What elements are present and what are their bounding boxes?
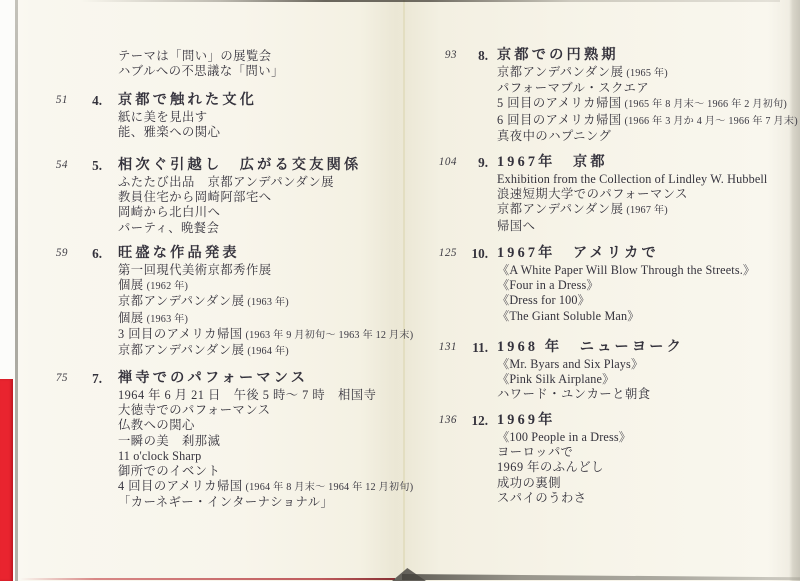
- toc-section-heading: 545.相次ぐ引越し 広がる交友関係: [17, 157, 400, 174]
- toc-item-note: (1967 年): [626, 205, 668, 216]
- toc-item: 御所でのイベント: [118, 464, 400, 479]
- toc-item: 《Dress for 100》: [497, 293, 800, 308]
- toc-item: 大徳寺でのパフォーマンス: [118, 403, 400, 418]
- toc-item-text: 第一回現代美術京都秀作展: [118, 263, 272, 277]
- toc-section-title: 京都での円熟期: [497, 47, 800, 64]
- toc-item-note: (1964 年): [247, 346, 289, 357]
- toc-item-text: 成功の裏側: [497, 476, 561, 490]
- toc-item-text: 仏教への関心: [118, 418, 195, 432]
- toc-item-note: (1963 年): [247, 297, 289, 308]
- toc-item-text: 6 回目のアメリカ帰国: [497, 113, 622, 127]
- toc-section-title: 禅寺でのパフォーマンス: [118, 370, 400, 387]
- toc-item: 11 o'clock Sharp: [118, 449, 400, 464]
- toc-item: 第一回現代美術京都秀作展: [118, 263, 400, 278]
- toc-item: 個展(1962 年): [118, 278, 400, 294]
- toc-item-text: 《Mr. Byars and Six Plays》: [497, 357, 643, 371]
- toc-section-number: 12.: [460, 412, 488, 429]
- toc-item-text: 4 回目のアメリカ帰国: [118, 479, 243, 493]
- toc-section-heading: 12510.1967年 アメリカで: [400, 245, 800, 262]
- toc-page-number: 59: [35, 245, 68, 262]
- toc-item: 4 回目のアメリカ帰国(1964 年 8 月末〜 1964 年 12 月初旬): [118, 479, 400, 495]
- toc-item-text: 帰国へ: [497, 219, 535, 233]
- toc-page-number: 136: [422, 412, 457, 429]
- toc-item: 1964 年 6 月 21 日 午後 5 時〜 7 時 相国寺: [118, 388, 400, 403]
- toc-section-title: 1969年: [497, 412, 800, 429]
- toc-item: 岡崎から北白川へ: [118, 205, 400, 220]
- toc-item: 《Four in a Dress》: [497, 278, 800, 293]
- toc-section: 757.禅寺でのパフォーマンス1964 年 6 月 21 日 午後 5 時〜 7…: [17, 370, 400, 511]
- toc-item-note: (1963 年 9 月初旬〜 1963 年 12 月末): [246, 330, 414, 341]
- toc-item-text: 浪速短期大学でのパフォーマンス: [497, 187, 688, 201]
- toc-item: ハワード・ユンカーと朝食: [497, 387, 800, 402]
- toc-item-text: 《Dress for 100》: [497, 293, 590, 307]
- toc-item: 京都アンデパンダン展(1963 年): [118, 294, 400, 310]
- toc-section-heading: 514.京都で触れた文化: [17, 92, 400, 109]
- toc-item: 京都アンデパンダン展(1967 年): [497, 202, 800, 218]
- toc-section-title: 旺盛な作品発表: [118, 245, 400, 262]
- toc-item: 5 回目のアメリカ帰国(1965 年 8 月末〜 1966 年 2 月初旬): [497, 96, 800, 112]
- toc-item: 《The Giant Soluble Man》: [497, 309, 800, 324]
- toc-item: 帰国へ: [497, 219, 800, 234]
- toc-item: 「カーネギー・インターナショナル」: [118, 495, 400, 510]
- toc-section-title: 1967年 京都: [497, 154, 800, 171]
- toc-item: 能、雅楽への関心: [118, 125, 400, 140]
- toc-section-title: 相次ぐ引越し 広がる交友関係: [118, 157, 400, 174]
- toc-item: 《100 People in a Dress》: [497, 430, 800, 445]
- toc-item-note: (1965 年 8 月末〜 1966 年 2 月初旬): [625, 99, 787, 110]
- toc-item: 真夜中のハプニング: [497, 129, 800, 144]
- toc-section: 545.相次ぐ引越し 広がる交友関係ふたたび出品 京都アンデパンダン展教員住宅か…: [17, 157, 400, 236]
- toc-page-number: 51: [35, 92, 68, 109]
- toc-item-text: 岡崎から北白川へ: [118, 205, 220, 219]
- toc-item: 一瞬の美 刹那滅: [118, 434, 400, 449]
- toc-item-text: 《The Giant Soluble Man》: [497, 309, 640, 323]
- toc-item: 《Pink Silk Airplane》: [497, 372, 800, 387]
- toc-item: 個展(1963 年): [118, 311, 400, 327]
- toc-section-number: 8.: [460, 47, 488, 64]
- toc-item: 1969 年のふんどし: [497, 460, 800, 475]
- toc-section: 938.京都での円熟期京都アンデパンダン展(1965 年)パフォーマブル・スクエ…: [400, 47, 800, 144]
- toc-item-text: 能、雅楽への関心: [118, 125, 220, 139]
- toc-item: 紙に美を見出す: [118, 110, 400, 125]
- toc-item-text: 京都アンデパンダン展: [118, 294, 244, 308]
- toc-section-number: 6.: [73, 245, 102, 262]
- toc-item-text: 教員住宅から岡崎阿部宅へ: [118, 190, 272, 204]
- toc-item: 3 回目のアメリカ帰国(1963 年 9 月初旬〜 1963 年 12 月末): [118, 327, 400, 343]
- toc-item-text: 御所でのイベント: [118, 464, 220, 478]
- toc-item-text: ふたたび出品 京都アンデパンダン展: [118, 175, 334, 189]
- toc-item-text: 京都アンデパンダン展: [497, 202, 623, 216]
- toc-item-text: 京都アンデパンダン展: [497, 65, 623, 79]
- toc-section-heading: 1049.1967年 京都: [400, 154, 800, 171]
- toc-section: 1049.1967年 京都Exhibition from the Collect…: [400, 154, 800, 234]
- toc-section-number: 10.: [460, 245, 488, 262]
- toc-item: 《A White Paper Will Blow Through the Str…: [497, 263, 800, 278]
- toc-item: テーマは「問い」の展覧会: [118, 49, 400, 64]
- toc-section: 514.京都で触れた文化紙に美を見出す能、雅楽への関心: [17, 92, 400, 140]
- toc-item: パフォーマブル・スクエア: [497, 81, 800, 96]
- toc-item-text: 1964 年 6 月 21 日 午後 5 時〜 7 時 相国寺: [118, 388, 376, 402]
- toc-item-text: パフォーマブル・スクエア: [497, 81, 649, 95]
- toc-item-text: ヨーロッパで: [497, 445, 573, 459]
- toc-page-number: 93: [422, 47, 457, 64]
- toc-section-heading: 757.禅寺でのパフォーマンス: [17, 370, 400, 387]
- toc-item: 京都アンデパンダン展(1964 年): [118, 343, 400, 359]
- toc-item-text: Exhibition from the Collection of Lindle…: [497, 172, 767, 186]
- toc-item-text: 1969 年のふんどし: [497, 460, 604, 474]
- toc-right-page: 938.京都での円熟期京都アンデパンダン展(1965 年)パフォーマブル・スクエ…: [400, 0, 800, 581]
- toc-section: 12510.1967年 アメリカで《A White Paper Will Blo…: [400, 245, 800, 324]
- toc-item: ヨーロッパで: [497, 445, 800, 460]
- toc-section-title: 1968 年 ニューヨーク: [497, 339, 800, 356]
- toc-item-text: 真夜中のハプニング: [497, 129, 611, 143]
- toc-item-text: 《A White Paper Will Blow Through the Str…: [497, 263, 755, 277]
- toc-item-text: 個展: [118, 311, 144, 325]
- toc-item: 教員住宅から岡崎阿部宅へ: [118, 190, 400, 205]
- toc-item: 成功の裏側: [497, 476, 800, 491]
- toc-page-number: 75: [35, 370, 68, 387]
- toc-item-text: 京都アンデパンダン展: [118, 343, 244, 357]
- toc-item-text: ハワード・ユンカーと朝食: [497, 387, 651, 401]
- toc-item: 6 回目のアメリカ帰国(1966 年 3 月か 4 月〜 1966 年 7 月末…: [497, 113, 800, 129]
- toc-item-note: (1966 年 3 月か 4 月〜 1966 年 7 月末): [625, 116, 798, 127]
- toc-section-number: 5.: [73, 157, 102, 174]
- toc-section-heading: 13612.1969年: [400, 412, 800, 429]
- toc-section-number: 11.: [460, 339, 488, 356]
- toc-section-number: 4.: [73, 92, 102, 109]
- toc-item-text: 11 o'clock Sharp: [118, 449, 201, 463]
- toc-item: ハブルへの不思議な「問い」: [118, 64, 400, 79]
- toc-item: 京都アンデパンダン展(1965 年): [497, 65, 800, 81]
- toc-section-heading: 938.京都での円熟期: [400, 47, 800, 64]
- toc-page-number: 104: [422, 154, 457, 171]
- toc-item-text: 「カーネギー・インターナショナル」: [118, 495, 333, 509]
- toc-item-text: 個展: [118, 278, 144, 292]
- toc-item-text: ハブルへの不思議な「問い」: [118, 64, 284, 78]
- toc-item-note: (1964 年 8 月末〜 1964 年 12 月初旬): [246, 482, 414, 493]
- toc-section: 596.旺盛な作品発表第一回現代美術京都秀作展個展(1962 年)京都アンデパン…: [17, 245, 400, 359]
- toc-item-text: スパイのうわさ: [497, 491, 587, 505]
- toc-section-title: 京都で触れた文化: [118, 92, 400, 109]
- toc-item-text: パーティ、晩餐会: [118, 221, 219, 235]
- toc-item-text: テーマは「問い」の展覧会: [118, 49, 272, 63]
- toc-section-continued: テーマは「問い」の展覧会ハブルへの不思議な「問い」: [17, 49, 400, 79]
- toc-item: 浪速短期大学でのパフォーマンス: [497, 187, 800, 202]
- toc-item: パーティ、晩餐会: [118, 221, 400, 236]
- toc-item: 仏教への関心: [118, 418, 400, 433]
- toc-item: スパイのうわさ: [497, 491, 800, 506]
- toc-item-note: (1962 年): [147, 281, 189, 292]
- toc-section: 13612.1969年《100 People in a Dress》ヨーロッパで…: [400, 412, 800, 506]
- toc-item-text: 大徳寺でのパフォーマンス: [118, 403, 271, 417]
- toc-item-text: 3 回目のアメリカ帰国: [118, 327, 243, 341]
- toc-page-number: 54: [35, 157, 68, 174]
- toc-item-note: (1965 年): [626, 68, 668, 79]
- toc-item: ふたたび出品 京都アンデパンダン展: [118, 175, 400, 190]
- toc-section-title: 1967年 アメリカで: [497, 245, 800, 262]
- toc-section-heading: 13111.1968 年 ニューヨーク: [400, 339, 800, 356]
- toc-item-text: 《100 People in a Dress》: [497, 430, 631, 444]
- toc-section-heading: 596.旺盛な作品発表: [17, 245, 400, 262]
- toc-left-page: テーマは「問い」の展覧会ハブルへの不思議な「問い」514.京都で触れた文化紙に美…: [17, 0, 400, 581]
- toc-item-text: 5 回目のアメリカ帰国: [497, 96, 622, 110]
- toc-item: Exhibition from the Collection of Lindle…: [497, 172, 800, 187]
- toc-page-number: 125: [422, 245, 457, 262]
- toc-page-number: 131: [422, 339, 457, 356]
- red-spine-mark: [0, 379, 13, 581]
- toc-item-text: 紙に美を見出す: [118, 110, 208, 124]
- toc-section: 13111.1968 年 ニューヨーク《Mr. Byars and Six Pl…: [400, 339, 800, 403]
- toc-item: 《Mr. Byars and Six Plays》: [497, 357, 800, 372]
- toc-item-text: 《Pink Silk Airplane》: [497, 372, 614, 386]
- scanned-book-spread: テーマは「問い」の展覧会ハブルへの不思議な「問い」514.京都で触れた文化紙に美…: [0, 0, 800, 581]
- toc-section-number: 9.: [460, 154, 488, 171]
- toc-item-text: 《Four in a Dress》: [497, 278, 599, 292]
- toc-item-text: 一瞬の美 刹那滅: [118, 434, 220, 448]
- toc-section-number: 7.: [73, 370, 102, 387]
- toc-item-note: (1963 年): [147, 314, 189, 325]
